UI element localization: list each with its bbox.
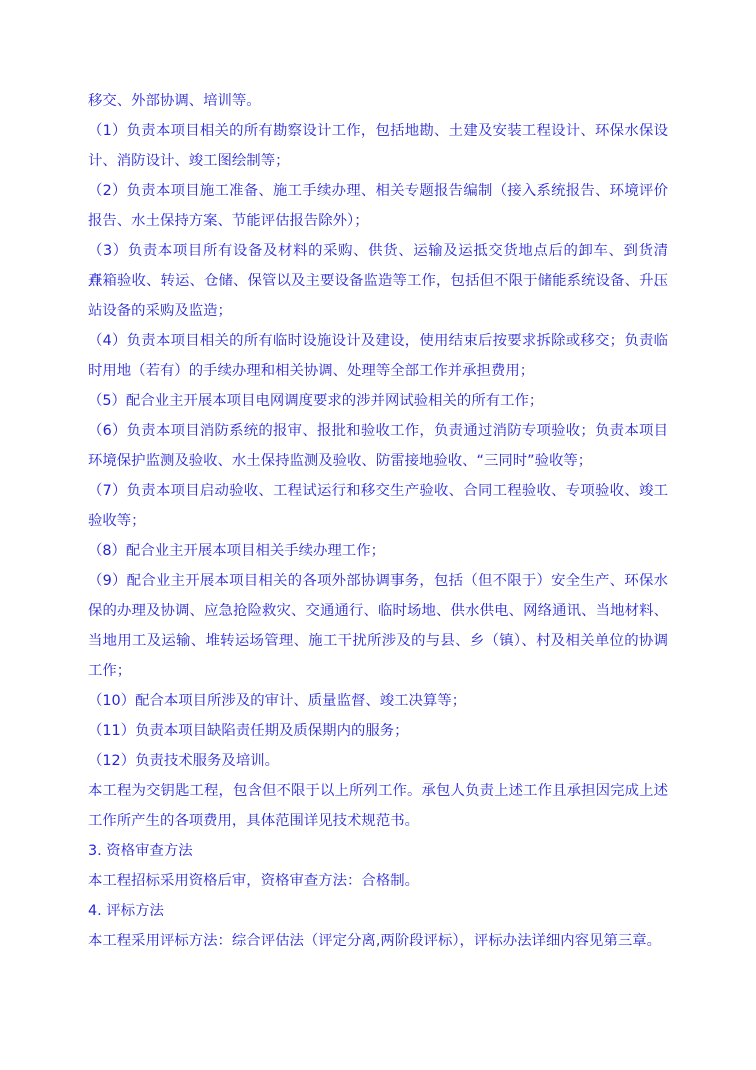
text-line: 移交、外部协调、培训等。 (88, 86, 668, 116)
text-line: 工作； (88, 656, 668, 686)
text-line: 本工程采用评标方法：综合评估法（评定分离,两阶段评标），评标办法详细内容见第三章… (88, 926, 668, 956)
text-line: 时用地（若有）的手续办理和相关协调、处理等全部工作并承担费用； (88, 356, 668, 386)
text-line: 报告、水土保持方案、节能评估报告除外）； (88, 206, 668, 236)
text-line: 工作所产生的各项费用，具体范围详见技术规范书。 (88, 806, 668, 836)
text-line: （5）配合业主开展本项目电网调度要求的涉并网试验相关的所有工作； (88, 386, 668, 416)
text-line: （4）负责本项目相关的所有临时设施设计及建设，使用结束后按要求拆除或移交；负责临 (88, 326, 668, 356)
text-line: 保的办理及协调、应急抢险救灾、交通通行、临时场地、供水供电、网络通讯、当地材料、 (88, 596, 668, 626)
text-line: 本工程招标采用资格后审，资格审查方法：合格制。 (88, 866, 668, 896)
text-line: 验收等； (88, 506, 668, 536)
text-line: 当地用工及运输、堆转运场管理、施工干扰所涉及的与县、乡（镇）、村及相关单位的协调 (88, 626, 668, 656)
text-line: 本工程为交钥匙工程，包含但不限于以上所列工作。承包人负责上述工作且承担因完成上述 (88, 776, 668, 806)
text-line: （9）配合业主开展本项目相关的各项外部协调事务，包括（但不限于）安全生产、环保水 (88, 566, 668, 596)
text-line: （8）配合业主开展本项目相关手续办理工作； (88, 536, 668, 566)
text-line: （2）负责本项目施工准备、施工手续办理、相关专题报告编制（接入系统报告、环境评价 (88, 176, 668, 206)
text-line: 站设备的采购及监造； (88, 296, 668, 326)
text-line: （12）负责技术服务及培训。 (88, 746, 668, 776)
document-content: 移交、外部协调、培训等。（1）负责本项目相关的所有勘察设计工作，包括地勘、土建及… (88, 86, 668, 956)
text-line: 环境保护监测及验收、水土保持监测及验收、防雷接地验收、“三同时”验收等； (88, 446, 668, 476)
text-line: 3. 资格审查方法 (88, 836, 668, 866)
text-line: （11）负责本项目缺陷责任期及质保期内的服务； (88, 716, 668, 746)
text-line: （7）负责本项目启动验收、工程试运行和移交生产验收、合同工程验收、专项验收、竣工 (88, 476, 668, 506)
text-line: （1）负责本项目相关的所有勘察设计工作，包括地勘、土建及安装工程设计、环保水保设 (88, 116, 668, 146)
text-line: （3）负责本项目所有设备及材料的采购、供货、运输及运抵交货地点后的卸车、到货清点… (88, 236, 668, 266)
text-line: （6）负责本项目消防系统的报审、报批和验收工作，负责通过消防专项验收；负责本项目 (88, 416, 668, 446)
document-page: 移交、外部协调、培训等。（1）负责本项目相关的所有勘察设计工作，包括地勘、土建及… (0, 0, 756, 1070)
text-line: 开箱验收、转运、仓储、保管以及主要设备监造等工作，包括但不限于储能系统设备、升压 (88, 266, 668, 296)
text-line: （10）配合本项目所涉及的审计、质量监督、竣工决算等； (88, 686, 668, 716)
text-line: 4. 评标方法 (88, 896, 668, 926)
text-line: 计、消防设计、竣工图绘制等； (88, 146, 668, 176)
